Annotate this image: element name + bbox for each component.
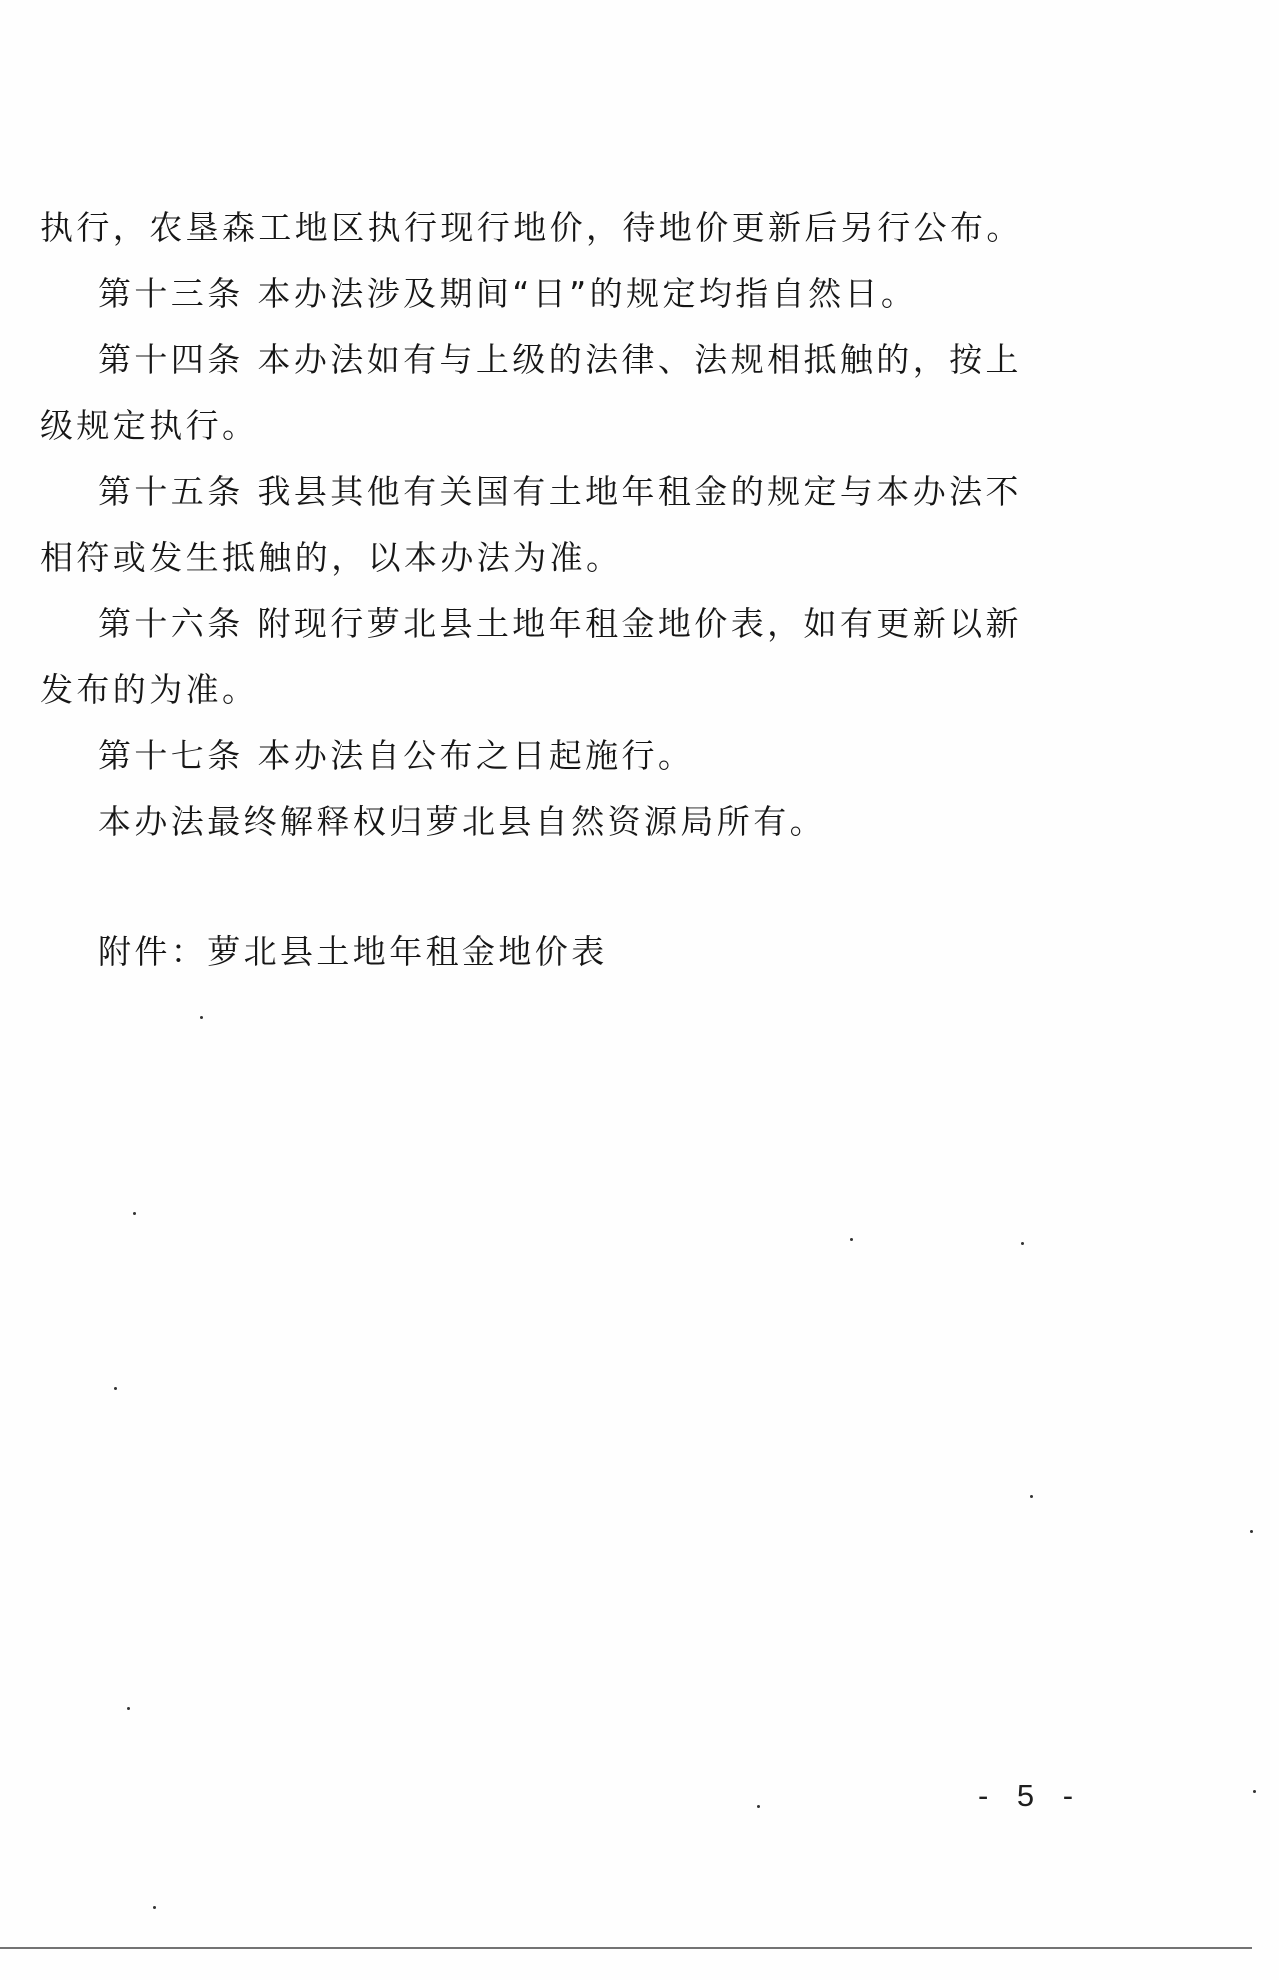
scan-speck bbox=[757, 1805, 760, 1808]
attachment-note: 附件：萝北县土地年租金地价表 bbox=[98, 932, 608, 972]
page-number: - 5 - bbox=[978, 1778, 1083, 1814]
article-14-line-1: 第十四条 本办法如有与上级的法律、法规相抵触的，按上 bbox=[98, 340, 1022, 380]
scan-speck bbox=[114, 1387, 117, 1390]
scan-speck bbox=[850, 1238, 853, 1241]
scan-speck bbox=[200, 1016, 203, 1019]
article-14-line-2: 级规定执行。 bbox=[40, 406, 258, 446]
article-13: 第十三条 本办法涉及期间“日”的规定均指自然日。 bbox=[98, 274, 917, 314]
document-page: 执行，农垦森工地区执行现行地价，待地价更新后另行公布。 第十三条 本办法涉及期间… bbox=[0, 0, 1279, 1980]
scan-speck bbox=[127, 1707, 130, 1710]
bottom-rule-divider bbox=[0, 1947, 1252, 1949]
scan-speck bbox=[1030, 1495, 1033, 1498]
scan-speck bbox=[1021, 1242, 1024, 1245]
interpretation-clause: 本办法最终解释权归萝北县自然资源局所有。 bbox=[98, 802, 826, 842]
scan-speck bbox=[133, 1212, 136, 1215]
scan-speck bbox=[153, 1906, 156, 1909]
article-16-line-1: 第十六条 附现行萝北县土地年租金地价表，如有更新以新 bbox=[98, 604, 1022, 644]
article-17: 第十七条 本办法自公布之日起施行。 bbox=[98, 736, 694, 776]
article-15-line-1: 第十五条 我县其他有关国有土地年租金的规定与本办法不 bbox=[98, 472, 1022, 512]
article-15-line-2: 相符或发生抵触的，以本办法为准。 bbox=[40, 538, 622, 578]
article-16-line-2: 发布的为准。 bbox=[40, 670, 258, 710]
scan-speck bbox=[1253, 1790, 1256, 1793]
scan-speck bbox=[1250, 1530, 1253, 1533]
paragraph-line-continuation: 执行，农垦森工地区执行现行地价，待地价更新后另行公布。 bbox=[40, 208, 1023, 248]
